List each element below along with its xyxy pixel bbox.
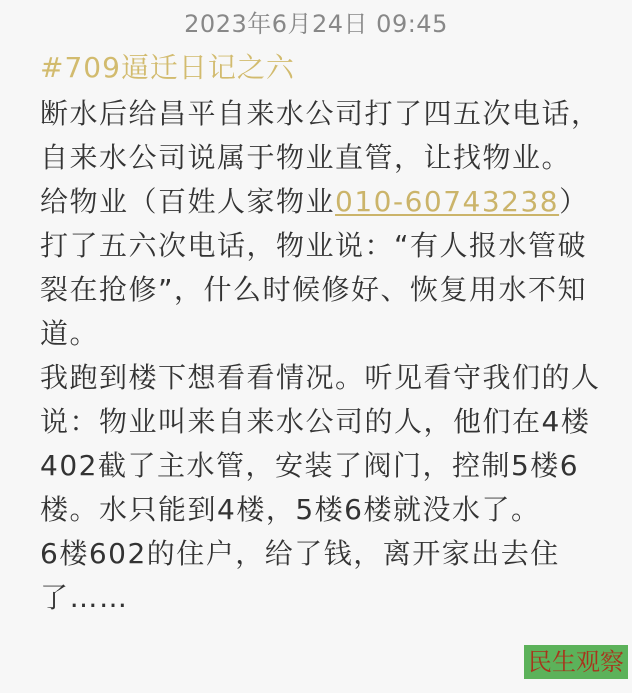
note-body: #709逼迁日记之六 断水后给昌平自来水公司打了四五次电话，自来水公司说属于物业… [40, 50, 610, 620]
phone-number-link[interactable]: 010-60743238 [335, 185, 559, 218]
note-timestamp: 2023年6月24日 09:45 [0, 4, 632, 39]
note-paragraph-4: 6楼602的住户，给了钱，离开家出去住了…… [40, 532, 610, 620]
note-paragraph-1: 断水后给昌平自来水公司打了四五次电话，自来水公司说属于物业直管，让找物业。 [40, 92, 610, 180]
paragraph-text: 给物业（百姓人家物业 [40, 185, 335, 218]
note-title: #709逼迁日记之六 [40, 50, 610, 86]
note-paragraph-3: 我跑到楼下想看看情况。听见看守我们的人说：物业叫来自来水公司的人，他们在4楼40… [40, 356, 610, 532]
note-paragraph-2: 给物业（百姓人家物业010-60743238）打了五六次电话，物业说：“有人报水… [40, 180, 610, 356]
watermark-logo: 民生观察 [524, 645, 628, 679]
